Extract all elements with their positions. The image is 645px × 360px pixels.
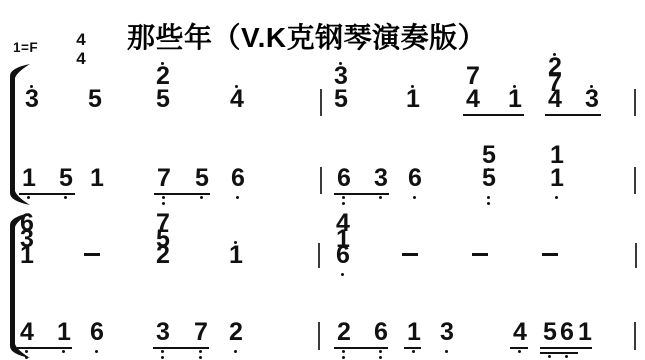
octave-dot-below xyxy=(161,356,164,359)
note-digit: 2 xyxy=(156,243,170,268)
half-note-dash xyxy=(542,253,558,256)
grand-staff-bracket xyxy=(2,64,32,205)
note-digit: 2 xyxy=(229,320,243,345)
eighth-note-beam xyxy=(153,347,209,349)
octave-dot-below xyxy=(379,356,382,359)
note-digit: 3 xyxy=(374,166,388,191)
half-note-dash xyxy=(472,253,488,256)
eighth-note-beam xyxy=(334,193,389,195)
octave-dot-below xyxy=(342,350,345,353)
octave-dot-below xyxy=(379,350,382,353)
barline xyxy=(318,243,320,268)
barline xyxy=(634,167,636,194)
note-digit: 5 xyxy=(543,320,557,345)
octave-dot-below xyxy=(518,350,521,353)
time-signature: 4 4 xyxy=(70,30,92,68)
note-digit: 6 xyxy=(408,166,422,191)
note-digit: 7 xyxy=(194,320,208,345)
octave-dot-below xyxy=(445,350,448,353)
eighth-note-beam xyxy=(154,193,210,195)
note-digit: 4 xyxy=(548,87,562,112)
eighth-note-beam xyxy=(545,114,601,116)
note-digit: 4 xyxy=(513,320,527,345)
note-digit: 3 xyxy=(440,320,454,345)
note-digit: 6 xyxy=(336,243,350,268)
barline xyxy=(634,89,636,116)
eighth-note-beam xyxy=(540,352,578,354)
eighth-note-beam xyxy=(334,347,388,349)
note-digit: 5 xyxy=(156,87,170,112)
octave-dot-below xyxy=(64,196,67,199)
octave-dot-below xyxy=(161,350,164,353)
note-digit: 1 xyxy=(550,166,564,191)
octave-dot-below xyxy=(487,202,490,205)
note-digit: 1 xyxy=(407,320,421,345)
octave-dot-below xyxy=(62,350,65,353)
half-note-dash xyxy=(84,253,100,256)
sheet-title: 那些年（V.K克钢琴演奏版） xyxy=(127,22,486,54)
note-digit: 3 xyxy=(156,320,170,345)
octave-dot-below xyxy=(555,196,558,199)
octave-dot-below xyxy=(342,196,345,199)
note-digit: 5 xyxy=(59,166,73,191)
note-digit: 1 xyxy=(57,320,71,345)
octave-dot-below xyxy=(236,196,239,199)
note-digit: 6 xyxy=(231,166,245,191)
note-digit: 1 xyxy=(406,87,420,112)
octave-dot-below xyxy=(342,356,345,359)
note-digit: 5 xyxy=(88,87,102,112)
octave-dot-below xyxy=(200,196,203,199)
octave-dot-below xyxy=(234,350,237,353)
note-digit: 6 xyxy=(337,166,351,191)
barline xyxy=(318,322,320,350)
octave-dot-below xyxy=(412,350,415,353)
octave-dot-below xyxy=(487,196,490,199)
note-digit: 6 xyxy=(374,320,388,345)
eighth-note-beam xyxy=(463,114,524,116)
eighth-note-beam xyxy=(540,347,592,349)
note-digit: 2 xyxy=(337,320,351,345)
note-digit: 5 xyxy=(195,166,209,191)
note-digit: 4 xyxy=(230,87,244,112)
octave-dot-below xyxy=(341,273,344,276)
octave-dot-below xyxy=(565,355,568,358)
note-digit: 7 xyxy=(157,166,171,191)
note-digit: 1 xyxy=(90,166,104,191)
note-digit: 6 xyxy=(90,320,104,345)
note-digit: 3 xyxy=(585,87,599,112)
octave-dot-below xyxy=(95,350,98,353)
octave-dot-below xyxy=(199,356,202,359)
grand-staff-bracket xyxy=(2,213,32,358)
eighth-note-beam xyxy=(510,347,528,349)
time-signature-denominator: 4 xyxy=(70,49,92,68)
note-digit: 4 xyxy=(466,87,480,112)
note-digit: 6 xyxy=(560,320,574,345)
barline xyxy=(320,167,322,194)
time-signature-numerator: 4 xyxy=(70,30,92,49)
octave-dot-below xyxy=(379,196,382,199)
half-note-dash xyxy=(402,253,418,256)
barline xyxy=(635,243,637,268)
note-digit: 5 xyxy=(334,87,348,112)
jianpu-sheet: 1=F 4 4 那些年（V.K克钢琴演奏版） 35254351741274315… xyxy=(0,0,645,360)
octave-dot-below xyxy=(162,202,165,205)
note-digit: 1 xyxy=(229,243,243,268)
octave-dot-below xyxy=(413,196,416,199)
note-digit: 5 xyxy=(482,166,496,191)
barline xyxy=(320,89,322,116)
key-signature: 1=F xyxy=(13,40,38,56)
octave-dot-below xyxy=(162,196,165,199)
octave-dot-below xyxy=(199,350,202,353)
octave-dot-below xyxy=(548,355,551,358)
note-digit: 1 xyxy=(578,320,592,345)
eighth-note-beam xyxy=(404,347,421,349)
note-digit: 1 xyxy=(508,87,522,112)
barline xyxy=(634,322,636,350)
octave-dot-below xyxy=(342,202,345,205)
